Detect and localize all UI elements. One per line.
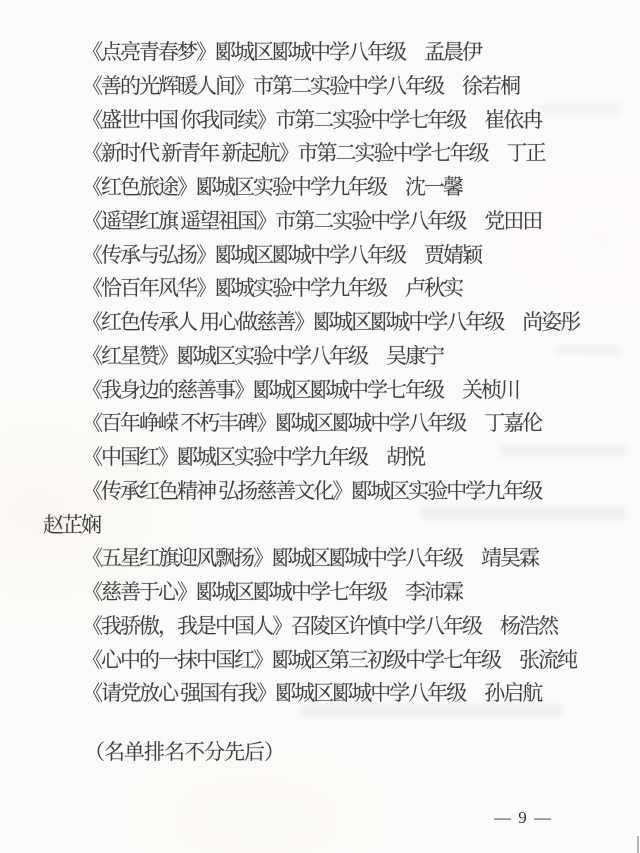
entry-line: 《善的光辉暖人间》市第二实验中学八年级 徐若桐 xyxy=(43,70,630,104)
entry-line: 《红色传承人 用心做慈善》郾城区郾城中学八年级 尚姿彤 xyxy=(43,306,630,340)
entry-line: 《恰百年风华》郾城实验中学九年级 卢秋实 xyxy=(43,272,630,306)
entry-line: 《我骄傲，我是中国人》召陵区许慎中学八年级 杨浩然 xyxy=(43,610,630,644)
scan-edge-artifact xyxy=(637,836,639,853)
ink-bleed-smudge xyxy=(498,443,626,456)
footer-note: （名单排名不分先后） xyxy=(84,736,284,766)
entry-line: 《我身边的慈善事》郾城区郾城中学七年级 关桢川 xyxy=(43,374,630,408)
entry-line: 《百年峥嵘 不朽丰碑》郾城区郾城中学八年级 丁嘉伦 xyxy=(43,407,630,441)
ink-bleed-smudge xyxy=(300,704,562,717)
ink-bleed-smudge xyxy=(556,345,622,356)
ink-bleed-smudge xyxy=(420,506,626,520)
entry-line: 《传承红色精神 弘扬慈善文化》郾城区实验中学九年级 xyxy=(43,475,630,509)
entry-line: 《慈善于心》郾城区郾城中学七年级 李沛霖 xyxy=(43,576,630,610)
entry-line: 《遥望红旗 遥望祖国》市第二实验中学八年级 党田田 xyxy=(43,205,630,239)
entry-line: 《点亮青春梦》郾城区郾城中学八年级 孟晨伊 xyxy=(43,36,630,70)
ink-bleed-smudge xyxy=(540,103,622,114)
entry-line: 《红星赞》郾城区实验中学八年级 吴康宁 xyxy=(43,340,630,374)
award-entry-list: 《点亮青春梦》郾城区郾城中学八年级 孟晨伊 《善的光辉暖人间》市第二实验中学八年… xyxy=(43,36,630,711)
entry-line: 《新时代 新青年 新起航》市第二实验中学七年级 丁正 xyxy=(43,137,630,171)
entry-line: 《传承与弘扬》郾城区郾城中学八年级 贾婧颖 xyxy=(43,239,630,273)
entry-line: 《心中的一抹中国红》郾城区第三初级中学七年级 张流纯 xyxy=(43,644,630,678)
entry-line: 《红色旅途》郾城区实验中学九年级 沈一馨 xyxy=(43,171,630,205)
page-number: — 9 — xyxy=(494,808,553,828)
entry-line: 《五星红旗迎风飘扬》郾城区郾城中学八年级 靖昊霖 xyxy=(43,542,630,576)
scanned-document-page: 《点亮青春梦》郾城区郾城中学八年级 孟晨伊 《善的光辉暖人间》市第二实验中学八年… xyxy=(0,0,640,853)
